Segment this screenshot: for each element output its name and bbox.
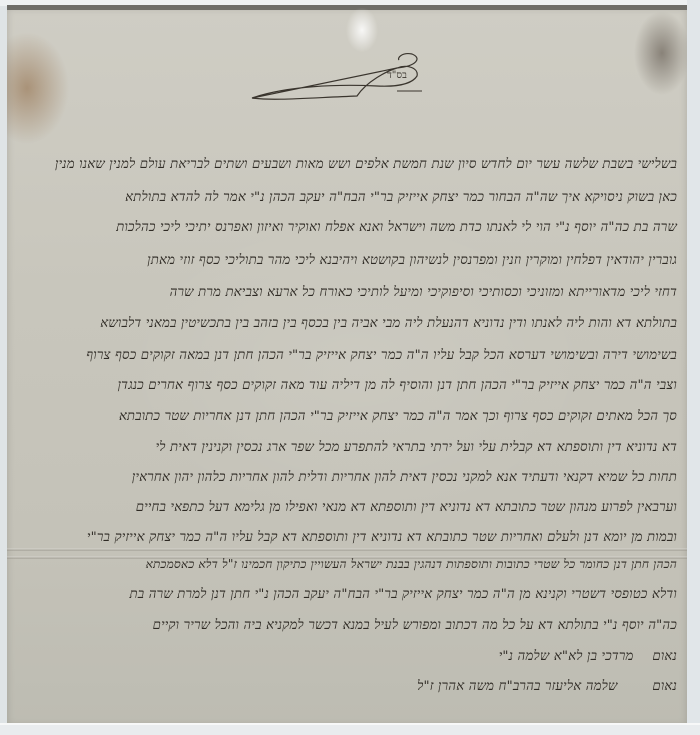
ketubah-parchment: בס"ד בשלישי בשבת שלשה עשר יום לחדש סיון … [7,5,687,726]
text-line: כאן בשוק ניסויקא איך שה"ה הבחור כמר יצחק… [125,189,677,205]
text-line: בתולתא דא והות ליה לאנתו ודין נדוניא דהנ… [100,315,677,331]
witness-name: מרדכי בן לא"א שלמה נ"י [499,649,634,664]
text-line: שרה בת כה"ה יוסף נ"י הוי לי לאנתו כדת מש… [116,219,677,235]
witness-label: נאום [652,649,677,664]
witness-name: שלמה אליעזר בהרב"ח משה אהרן ז"ל [417,679,617,694]
text-line: דא נדוניא דין ותוספתא דא קבלית עלי ועל י… [156,439,677,455]
frame-mat-bottom [0,723,700,735]
text-line: דחזי ליכי מדאורייתא ומזוניכי וכסותיכי וס… [170,284,677,300]
text-line: בשלישי בשבת שלשה עשר יום לחדש סיון שנת ח… [55,156,677,172]
frame-mat-right [687,0,700,735]
witness-label: נאום [652,679,677,694]
text-line: גוברין יהודאין דפלחין ומוקרין וזנין ומפר… [147,252,677,268]
text-line: וצבי ה"ה כמר יצחק אייזיק בר"י הכהן חתן ד… [118,377,677,393]
text-line: בשימושי דירה ובשימושי דערסא הכל קבל עליו… [86,347,677,363]
text-line: תחות כל שמיא דקנאי ודעתיד אנא למקני נכסי… [132,469,677,485]
text-line: הכהן חתן דנן כחומר כל שטרי כתובות ותוספת… [146,557,677,572]
text-line: ובמות מן יומא דנן ולעלם ואחריות שטר כתוב… [87,529,677,545]
ketubah-body: בשלישי בשבת שלשה עשר יום לחדש סיון שנת ח… [17,8,677,726]
witness-2: נאום שלמה אליעזר בהרב"ח משה אהרן ז"ל [417,678,677,694]
text-line: כה"ה יוסף נ"י בתולתא דא על כל מה דכתוב ו… [153,617,677,633]
witness-1: נאום מרדכי בן לא"א שלמה נ"י [499,648,677,664]
text-line: סך הכל מאתים זקוקים כסף צרוף וכך אמר ה"ה… [119,408,677,424]
text-line: וערבאין לפרוע מנהון שטר כתובתא דא נדוניא… [136,499,677,515]
frame: בס"ד בשלישי בשבת שלשה עשר יום לחדש סיון … [0,0,700,735]
text-line: ודלא כטופסי דשטרי וקנינא מן ה"ה כמר יצחק… [130,586,677,602]
